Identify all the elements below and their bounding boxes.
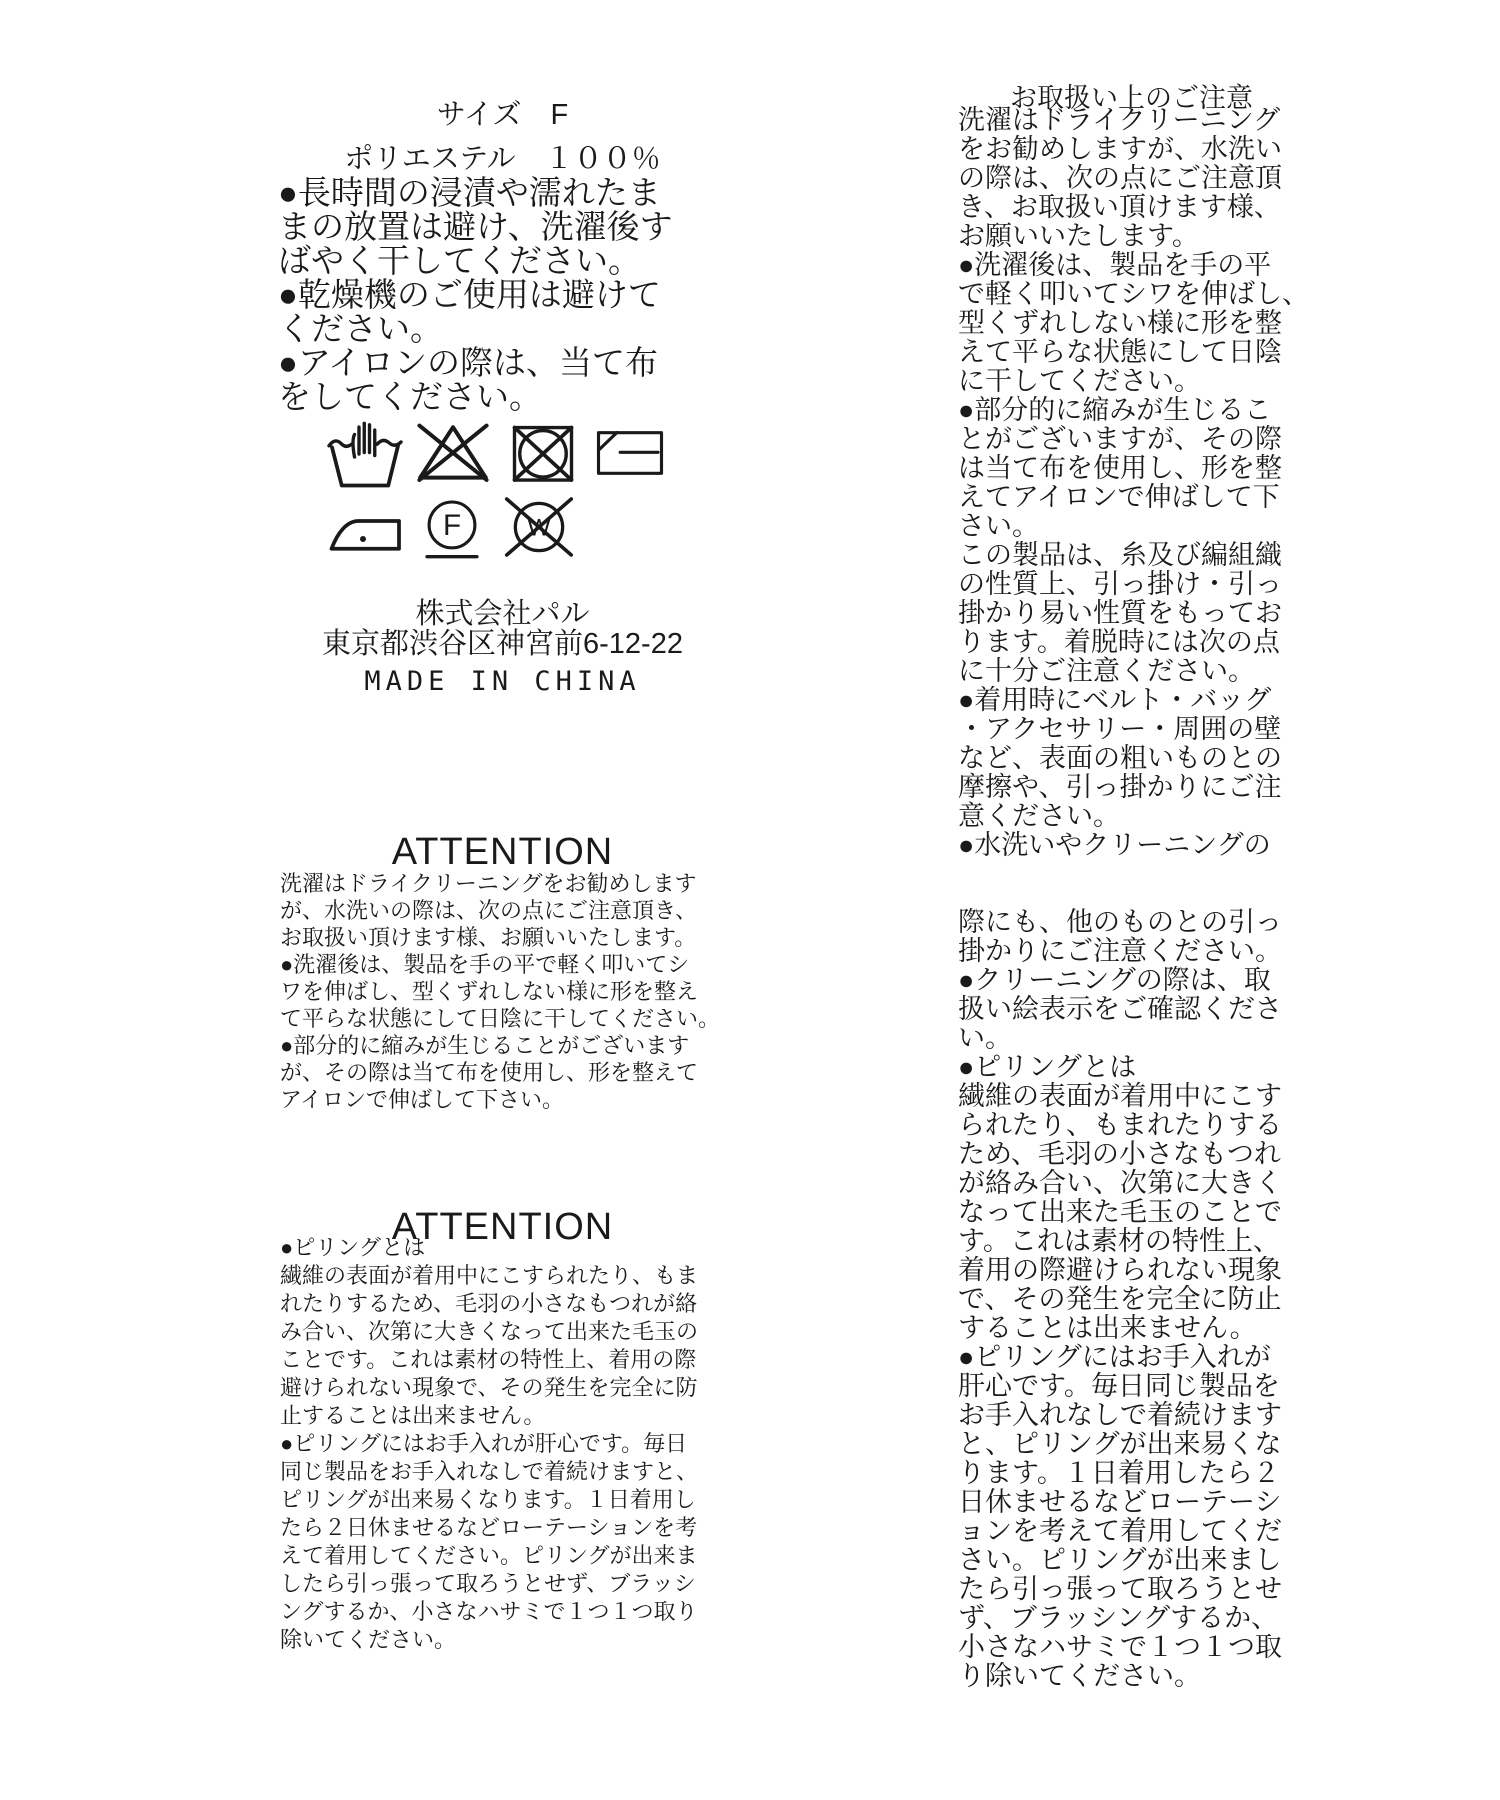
hand-wash-icon [325,418,405,490]
company-address: 東京都渋谷区神宮前6-12-22 [230,621,775,662]
handling-notes-block-1: 洗濯はドライクリーニング をお勧めしますが、水洗い の際は、次の点にご注意頂 き… [958,106,1328,860]
do-not-wet-clean-icon: W [498,494,580,560]
dry-flat-in-shade-icon [595,428,665,478]
care-notes: ●長時間の浸漬や濡れたま まの放置は避け、洗濯後す ばやく干してください。 ●乾… [278,176,748,414]
garment-care-label: サイズ F ポリエステル １００％ ●長時間の浸漬や濡れたま まの放置は避け、洗… [0,0,1500,1800]
handling-notes-block-2: 際にも、他のものとの引っ 掛かりにご注意ください。 ●クリーニングの際は、取 扱… [958,908,1328,1691]
do-not-tumble-dry-icon [505,420,581,486]
country-of-origin: MADE IN CHINA [230,666,775,697]
size-line: サイズ F [230,92,775,133]
iron-low-heat-icon [328,500,404,554]
attention-2-body: ●ピリングとは 繊維の表面が着用中にこすられたり、もま れたりするため、毛羽の小… [280,1234,750,1654]
do-not-bleach-icon [413,420,493,484]
material-line: ポリエステル １００％ [230,136,775,177]
dry-clean-letter: F [443,509,461,542]
attention-1-body: 洗濯はドライクリーニングをお勧めします が、水洗いの際は、次の点にご注意頂き、 … [280,870,750,1113]
attention-1-title: ATTENTION [230,831,775,874]
professional-dry-clean-f-icon: F [418,498,486,560]
